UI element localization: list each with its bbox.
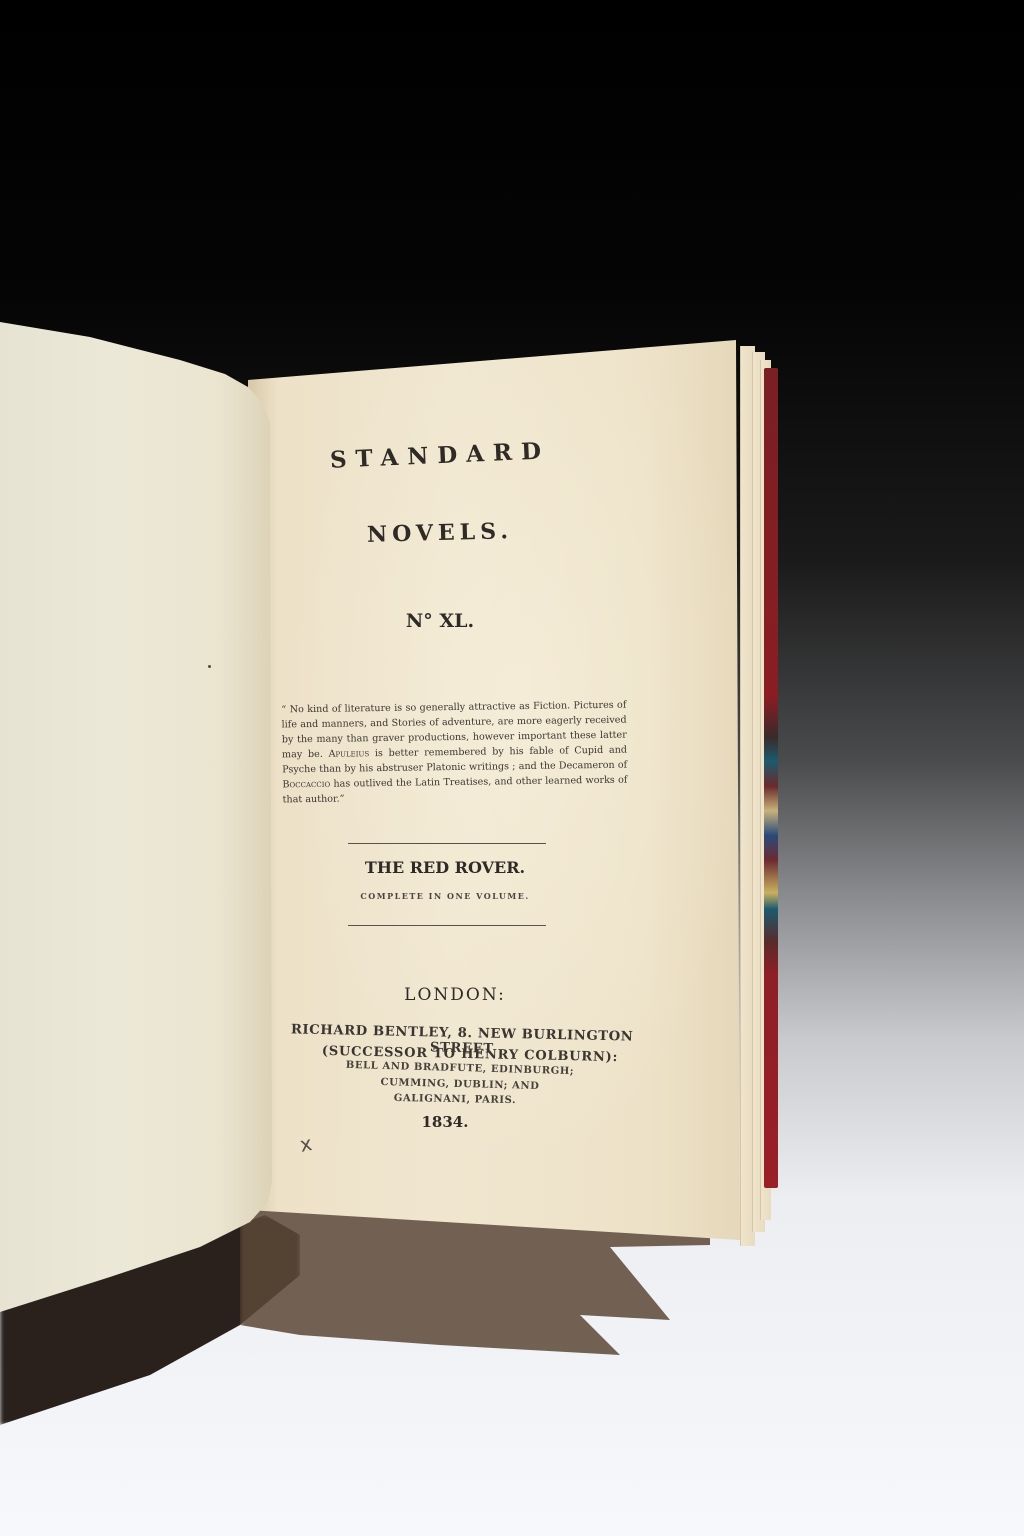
epigraph-apuleius: Apuleius [328,748,369,760]
epigraph: “ No kind of literature is so generally … [281,698,627,808]
epigraph-part3: has outlived the Latin Treatises, and ot… [283,775,628,806]
book-photo-scene: STANDARD NOVELS. N° XL. “ No kind of lit… [0,0,1024,1536]
series-title-line2: NOVELS. [340,517,541,548]
epigraph-boccaccio: Boccaccio [282,779,330,791]
imprint-year: 1834. [400,1113,490,1131]
volume-note: COMPLETE IN ONE VOLUME. [350,891,540,901]
marbled-board-edge [764,368,778,1188]
left-blank-page [0,322,272,1322]
imprint-city: LONDON: [390,985,520,1005]
rule-top [348,843,546,844]
work-title: THE RED ROVER. [340,858,550,877]
series-number: N° XL. [370,610,510,632]
rule-bottom [348,925,546,926]
page-speck [208,665,211,668]
